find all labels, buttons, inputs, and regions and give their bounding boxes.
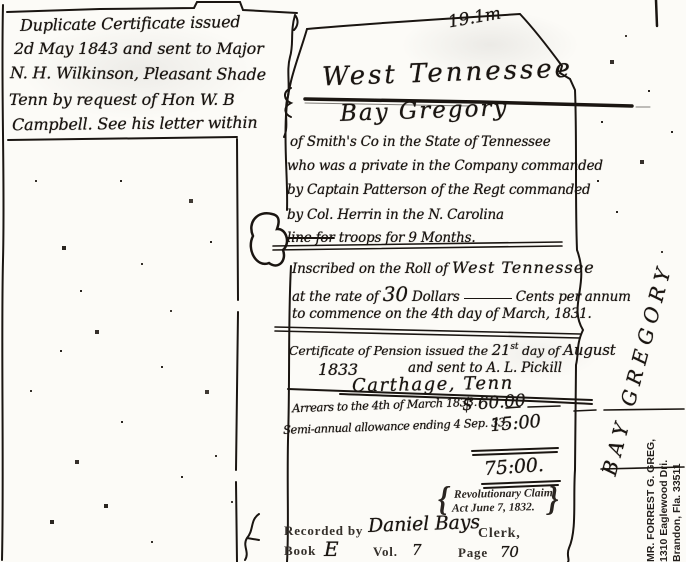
address-line: 1310 Eaglewood Dri.: [658, 412, 671, 562]
service-line: who was a private in the Company command…: [287, 158, 603, 174]
section-rule-2: [275, 327, 580, 338]
corner-note-line: 2d May 1843 and sent to Major: [14, 39, 264, 58]
service-line: by Captain Patterson of the Regt command…: [287, 182, 590, 198]
tear-hole-outline: [251, 213, 287, 265]
corner-note-line: Duplicate Certificate issued: [20, 12, 241, 35]
roll-rate-line: at the rate of 30 Dollars Cents per annu…: [292, 282, 631, 306]
service-line: of Smith's Co in the State of Tennessee: [290, 134, 551, 150]
book-value: E: [324, 537, 338, 561]
rate-prefix: at the rate of: [292, 289, 379, 305]
brace-right-glyph: }: [548, 480, 558, 519]
clerk-name: Daniel Bays: [368, 511, 481, 537]
vol-value: 7: [412, 541, 421, 559]
column-divider-line: [236, 139, 238, 562]
recorded-bracket-squiggle: [245, 514, 259, 560]
total-value: 75:00.: [483, 454, 544, 480]
roll-inscribed-line: Inscribed on the Roll of West Tennessee: [292, 258, 595, 277]
rate-value: 30: [383, 282, 408, 306]
margin-address: MR. FORREST G. GREG, 1310 Eaglewood Dri.…: [645, 412, 686, 562]
clerk-label: Clerk,: [478, 526, 521, 542]
issued-day: 21st: [492, 341, 519, 359]
service-line-rest: troops for 9 Months.: [339, 230, 476, 246]
issued-day-ordinal: st: [510, 342, 518, 352]
service-line: line for troops for 9 Months.: [287, 230, 475, 246]
currency-mark: $: [461, 394, 473, 415]
vol-label: Vol.: [373, 544, 398, 560]
rate-unit: Dollars: [412, 289, 460, 305]
issued-month: August: [563, 341, 615, 359]
page-left-edge: [2, 5, 4, 560]
corner-note-line: Tenn by request of Hon W. B: [9, 90, 235, 109]
corner-note-top-border: [7, 2, 297, 13]
top-right-tick: [656, 0, 657, 26]
inscribed-prefix: Inscribed on the Roll of: [292, 261, 448, 277]
issued-mid: day of: [522, 343, 559, 358]
address-line: MR. FORREST G. GREG,: [645, 412, 658, 562]
book-label: Book: [284, 543, 316, 559]
inscribed-roll-name: West Tennessee: [452, 258, 595, 277]
scanned-pension-document: Duplicate Certificate issued 2d May 1843…: [0, 0, 686, 562]
scan-noise-specks: [0, 0, 2, 2]
certificate-issued-line: Certificate of Pension issued the 21st d…: [289, 341, 616, 359]
total-top-rule: [472, 448, 558, 455]
issued-prefix: Certificate of Pension issued the: [289, 343, 488, 358]
corner-note-line: N. H. Wilkinson, Pleasant Shade: [10, 63, 266, 84]
margin-dash-upper: [506, 406, 684, 411]
corner-note-line: Campbell. See his letter within: [12, 113, 258, 135]
claim-note-line: Revolutionary Claim,: [454, 487, 556, 501]
service-line: by Col. Herrin in the N. Carolina: [287, 207, 504, 223]
roll-commence-line: to commence on the 4th day of March, 183…: [292, 306, 592, 322]
address-line: Brandon, Fla. 33511: [671, 412, 684, 562]
page-label: Page: [458, 545, 488, 561]
corner-note-bottom-border: [8, 137, 237, 140]
struck-words: line for: [287, 230, 335, 246]
rate-dash-fill: [464, 297, 512, 299]
rate-suffix: Cents per annum: [516, 289, 631, 305]
semi-annual-value: 15:00: [489, 411, 542, 436]
page-value: 70: [500, 543, 519, 561]
